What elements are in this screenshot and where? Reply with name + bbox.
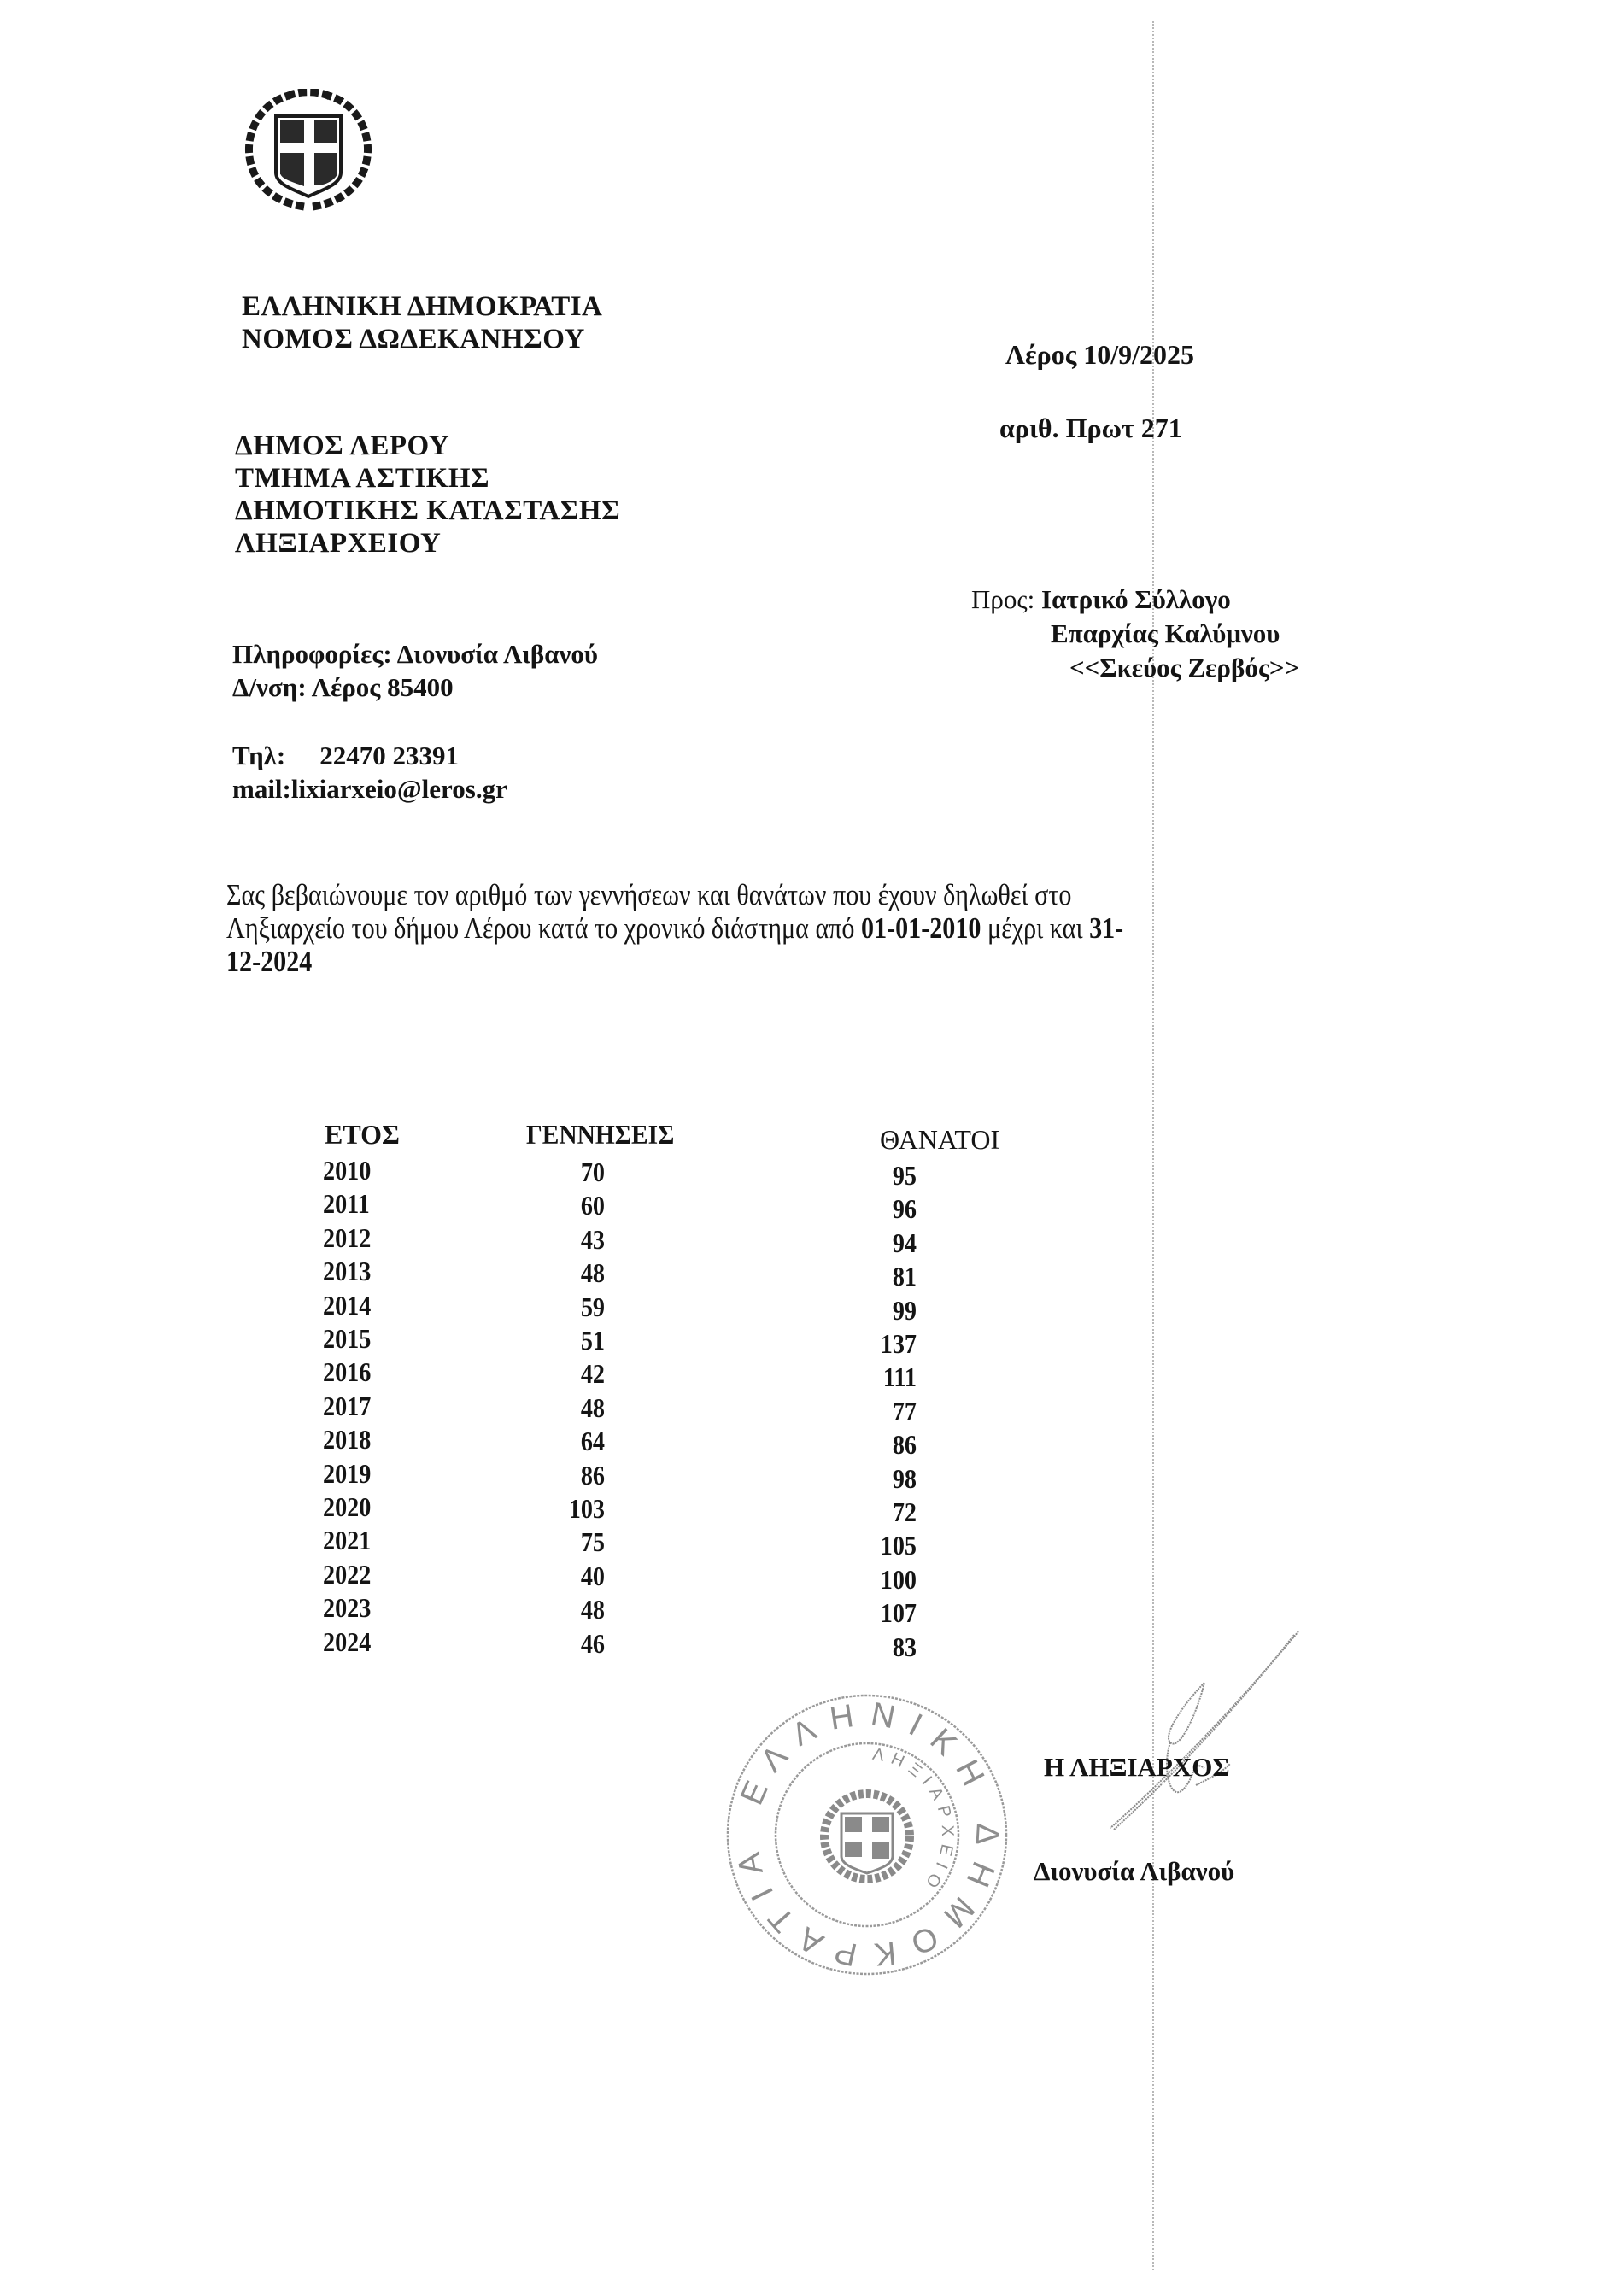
registrar-name: Διονυσία Λιβανού (1034, 1856, 1234, 1887)
column-header-births: ΓΕΝΝΗΣΕΙΣ (526, 1119, 674, 1151)
office-line: ΤΜΗΜΑ ΑΣΤΙΚΗΣ (235, 462, 620, 495)
year-cell: 2018 (323, 1424, 383, 1455)
date-to: 31- (1089, 911, 1123, 945)
year-cell: 2011 (323, 1188, 383, 1220)
deaths-cell: 137 (857, 1328, 917, 1360)
column-header-deaths: ΘΑΝΑΤΟΙ (880, 1124, 999, 1156)
births-cell: 48 (545, 1594, 605, 1625)
issuer-header: ΕΛΛΗΝΙΚΗ ΔΗΜΟΚΡΑΤΙΑ ΝΟΜΟΣ ΔΩΔΕΚΑΝΗΣΟΥ (242, 290, 602, 355)
column-header-year: ΕΤΟΣ (325, 1119, 400, 1151)
paragraph-line: Σας βεβαιώνουμε τον αριθμό των γεννήσεων… (226, 878, 1123, 911)
year-cell: 2010 (323, 1155, 383, 1186)
year-cell: 2024 (323, 1626, 383, 1658)
deaths-cell: 107 (857, 1597, 917, 1629)
births-cell: 43 (545, 1224, 605, 1256)
deaths-cell: 98 (857, 1463, 917, 1495)
births-cell: 51 (545, 1325, 605, 1356)
phone-label: Τηλ: (232, 741, 285, 770)
greek-coat-of-arms-icon (244, 89, 372, 212)
births-cell: 48 (545, 1392, 605, 1424)
recipient-label: Προς: (971, 584, 1034, 614)
deaths-cell: 86 (857, 1429, 917, 1461)
recipient-line: Ιατρικό Σύλλογο (1041, 584, 1231, 614)
deaths-cell: 100 (857, 1564, 917, 1596)
deaths-cell: 94 (857, 1227, 917, 1259)
births-cell: 86 (545, 1460, 605, 1491)
births-cell: 40 (545, 1561, 605, 1592)
certification-paragraph: Σας βεβαιώνουμε τον αριθμό των γεννήσεων… (226, 878, 1123, 978)
year-cell: 2017 (323, 1391, 383, 1422)
year-cell: 2020 (323, 1491, 383, 1523)
deaths-cell: 105 (857, 1530, 917, 1561)
year-cell: 2021 (323, 1525, 383, 1556)
births-cell: 42 (545, 1358, 605, 1390)
office-line: ΔΗΜΟΣ ΛΕΡΟΥ (235, 430, 620, 462)
births-cell: 46 (545, 1628, 605, 1660)
births-cell: 59 (545, 1291, 605, 1323)
deaths-cell: 95 (857, 1160, 917, 1192)
year-cell: 2014 (323, 1290, 383, 1321)
deaths-cell: 77 (857, 1396, 917, 1427)
address-label: Δ/νση: (232, 672, 307, 702)
deaths-cell: 83 (857, 1631, 917, 1663)
births-cell: 64 (545, 1426, 605, 1457)
registrar-title: Η ΛΗΞΙΑΡΧΟΣ (1044, 1752, 1230, 1783)
address-value: Λέρος 85400 (312, 672, 454, 702)
deaths-cell: 99 (857, 1295, 917, 1327)
deaths-cell: 81 (857, 1261, 917, 1292)
prefecture-name: ΝΟΜΟΣ ΔΩΔΕΚΑΝΗΣΟΥ (242, 323, 602, 355)
year-cell: 2012 (323, 1222, 383, 1254)
deaths-cell: 72 (857, 1496, 917, 1528)
deaths-cell: 96 (857, 1193, 917, 1225)
phone-number: 22470 23391 (319, 739, 459, 772)
year-cell: 2015 (323, 1323, 383, 1355)
paragraph-text: Ληξιαρχείο του δήμου Λέρου κατά το χρονι… (226, 911, 861, 945)
paragraph-text: μέχρι και (981, 911, 1089, 945)
births-cell: 60 (545, 1190, 605, 1221)
email-address: mail:lixiarxeio@leros.gr (232, 772, 507, 805)
country-name: ΕΛΛΗΝΙΚΗ ΔΗΜΟΚΡΑΤΙΑ (242, 290, 602, 323)
contact-block: Τηλ:22470 23391 mail:lixiarxeio@leros.gr (232, 739, 507, 805)
info-contact-name: Διονυσία Λιβανού (397, 639, 598, 669)
protocol-number: αριθ. Πρωτ 271 (999, 413, 1182, 444)
births-cell: 70 (545, 1157, 605, 1188)
office-line: ΛΗΞΙΑΡΧΕΙΟΥ (235, 527, 620, 559)
recipient-line: <<Σκεύος Ζερβός>> (971, 651, 1299, 685)
year-cell: 2022 (323, 1559, 383, 1590)
recipient-line: Επαρχίας Καλύμνου (971, 617, 1299, 651)
year-cell: 2019 (323, 1458, 383, 1490)
office-line: ΔΗΜΟΤΙΚΗΣ ΚΑΤΑΣΤΑΣΗΣ (235, 495, 620, 527)
signature-scribble-icon (1110, 1614, 1315, 1836)
date-from: 01-01-2010 (861, 911, 981, 945)
births-cell: 75 (545, 1526, 605, 1558)
official-stamp-icon: ΕΛΛΗΝΙΚΗ ΔΗΜΟΚΡΑΤΙΑ ΛΗΞΙΑΡΧΕΙΟ (722, 1690, 1012, 1980)
births-cell: 103 (545, 1493, 605, 1525)
info-block: Πληροφορίες: Διονυσία Λιβανού Δ/νση: Λέρ… (232, 637, 598, 704)
year-cell: 2013 (323, 1256, 383, 1287)
births-cell: 48 (545, 1257, 605, 1289)
date-to-continued: 12-2024 (226, 945, 1123, 978)
info-label: Πληροφορίες: (232, 639, 392, 669)
year-cell: 2023 (323, 1592, 383, 1624)
office-block: ΔΗΜΟΣ ΛΕΡΟΥ ΤΜΗΜΑ ΑΣΤΙΚΗΣ ΔΗΜΟΤΙΚΗΣ ΚΑΤΑ… (235, 430, 620, 559)
deaths-cell: 111 (857, 1362, 917, 1393)
recipient-block: Προς: Ιατρικό Σύλλογο Επαρχίας Καλύμνου … (971, 583, 1299, 685)
year-cell: 2016 (323, 1356, 383, 1388)
place-and-date: Λέρος 10/9/2025 (1005, 339, 1194, 371)
